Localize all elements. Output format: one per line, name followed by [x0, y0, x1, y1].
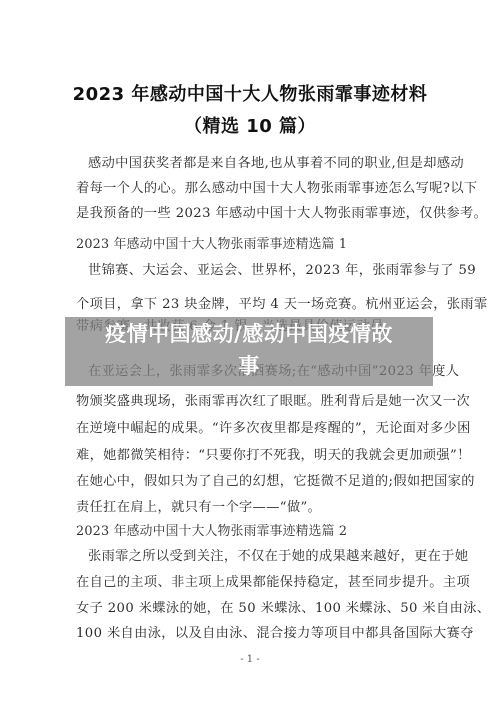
section-heading-2: 2023 年感动中国十大人物张雨霏事迹精选篇 2 — [76, 523, 428, 541]
headline-overlay[interactable]: 疫情中国感动/感动中国疫情故 事 — [65, 317, 433, 382]
document-subtitle: （精选 10 篇） — [0, 112, 500, 138]
body-line: 在自己的主项、非主项上成果都能保持稳定，甚至同步提升。主项 — [76, 574, 428, 592]
section-heading-1: 2023 年感动中国十大人物张雨霏事迹精选篇 1 — [76, 236, 428, 254]
body-line: 难，她都微笑相待：“只要你打不死我，明天的我就会更加顽强”！ — [76, 447, 428, 465]
body-line: 责任扛在肩上，就只有一个字——“做”。 — [76, 499, 428, 517]
body-line: 张雨霏之所以受到关注，不仅在于她的成果越来越好，更在于她 — [88, 548, 440, 566]
body-line: 在她心中，假如只为了自己的幻想，它挺微不足道的;假如把国家的 — [76, 473, 428, 491]
body-line: 个项目，拿下 23 块金牌，平均 4 天一场竞赛。杭州亚运会，张雨霏 — [76, 296, 428, 314]
intro-line: 是我预备的一些 2023 年感动中国十大人物张雨霏事迹，仅供参考。 — [76, 205, 428, 223]
document-title: 2023 年感动中国十大人物张雨霏事迹材料 — [0, 80, 500, 106]
body-line: 在逆境中崛起的成果。“许多次夜里都是疼醒的”，无论面对多少困 — [76, 420, 428, 438]
body-line: 世锦赛、大运会、亚运会、世界杯，2023 年，张雨霏参与了 59 — [88, 262, 440, 280]
body-line: 100 米自由泳，以及自由泳、混合接力等项目中都具备国际大赛夺 — [76, 625, 428, 643]
headline-line-1: 疫情中国感动/感动中国疫情故 — [65, 318, 433, 350]
page-number: - 1 - — [0, 654, 500, 665]
body-line: 女子 200 米蝶泳的她，在 50 米蝶泳、100 米蝶泳、50 米自由泳、 — [76, 600, 428, 618]
intro-line: 感动中国获奖者都是来自各地,也从事着不同的职业,但是却感动 — [88, 155, 440, 173]
intro-line: 着每一个人的心。那么感动中国十大人物张雨霏事迹怎么写呢?以下 — [76, 180, 428, 198]
body-line: 物颁奖盛典现场，张雨霏再次红了眼眶。胜利背后是她一次又一次 — [76, 393, 428, 411]
headline-line-2: 事 — [65, 350, 433, 382]
